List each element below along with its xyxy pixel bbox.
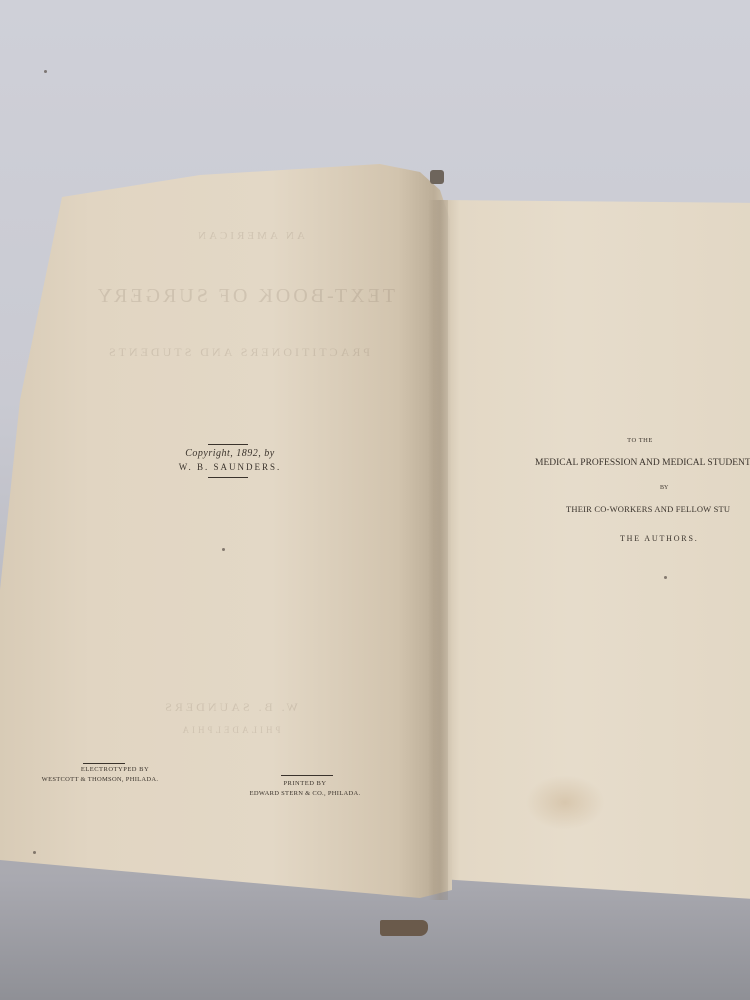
left-page xyxy=(0,160,452,900)
printed-rule xyxy=(281,775,333,776)
copyright-rule-bottom xyxy=(208,477,248,478)
electrotyped-label: ELECTROTYPED BY xyxy=(45,766,185,773)
bleed-through-text: PRACTITIONERS AND STUDENTS xyxy=(120,345,370,360)
binding-fragment-top xyxy=(430,170,444,184)
binding-fragment-bottom xyxy=(380,920,428,936)
bleed-through-text: W. B. SAUNDERS xyxy=(130,700,330,715)
paper-speck xyxy=(33,851,36,854)
bleed-through-text: AN AMERICAN xyxy=(150,230,350,242)
copyright-rule-top xyxy=(208,444,248,445)
dedication-from: THEIR CO-WORKERS AND FELLOW STU xyxy=(566,504,750,514)
spine-shadow xyxy=(428,200,448,900)
dedication-by: BY xyxy=(660,485,690,491)
electrotyped-by: WESTCOTT & THOMSON, PHILADA. xyxy=(30,776,170,783)
dedication-signature: THE AUTHORS. xyxy=(620,534,740,543)
paper-speck xyxy=(222,548,225,551)
foxing-stain xyxy=(525,775,605,830)
printed-by: EDWARD STERN & CO., PHILADA. xyxy=(240,790,370,797)
dust-speck xyxy=(44,70,47,73)
dedication-to-the: TO THE xyxy=(600,437,680,444)
bleed-through-text: PHILADELPHIA xyxy=(150,725,310,735)
electrotyped-rule xyxy=(83,763,125,764)
printed-label: PRINTED BY xyxy=(240,780,370,787)
bleed-through-text: TEXT-BOOK OF SURGERY xyxy=(95,285,395,308)
photo-scene: AN AMERICAN TEXT-BOOK OF SURGERY PRACTIT… xyxy=(0,0,750,1000)
copyright-notice: Copyright, 1892, by xyxy=(150,448,310,459)
dedication-recipients: MEDICAL PROFESSION AND MEDICAL STUDENTS … xyxy=(535,458,750,468)
paper-speck xyxy=(664,576,667,579)
copyright-holder: W. B. SAUNDERS. xyxy=(150,462,310,472)
